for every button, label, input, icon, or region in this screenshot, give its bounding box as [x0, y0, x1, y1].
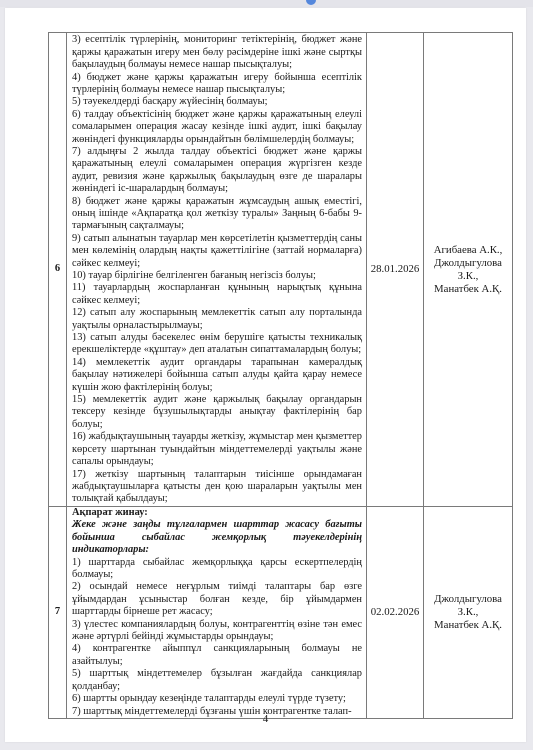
viewer-indicator-icon [306, 0, 316, 5]
row-number: 6 [49, 33, 67, 507]
list-item: 4) контрагентке айыппұл санкцияларының б… [72, 643, 362, 668]
row-description: 3) есептілік түрлерінің, мониторинг теті… [67, 33, 367, 507]
row-date: 02.02.2026 [367, 507, 424, 719]
list-item: 11) тауарлардың жоспарланған құнының нар… [72, 282, 362, 307]
plan-table: 6 3) есептілік түрлерінің, мониторинг те… [48, 32, 513, 719]
responsible-person: Манатбек А.Қ. [424, 283, 512, 296]
list-item: 12) сатып алу жоспарының мемлекеттік сат… [72, 307, 362, 332]
row-number: 7 [49, 507, 67, 719]
responsible-person: Манатбек А.Қ. [424, 619, 512, 632]
list-item: 17) жеткізу шартының талаптарын тиісінше… [72, 469, 362, 506]
list-item: 1) шарттарда сыбайлас жемқорлыққа қарсы … [72, 557, 362, 582]
section-subheading: Жеке және заңды тұлғалармен шарттар жаса… [72, 519, 362, 556]
list-item: 8) бюджет және қаржы қаражатын жұмсаудың… [72, 196, 362, 233]
row-responsible: Джолдыгулова З.К., Манатбек А.Қ. [424, 507, 513, 719]
row-responsible: Агибаева А.К., Джолдыгулова З.К., Манатб… [424, 33, 513, 507]
list-item: 7) алдыңғы 2 жылда талдау объектісі бюдж… [72, 146, 362, 196]
table-row: 7 Ақпарат жинау: Жеке және заңды тұлғала… [49, 507, 513, 719]
list-item: 15) мемлекеттік аудит және қаржылық бақы… [72, 394, 362, 431]
list-item: 9) сатып алынатын тауарлар мен көрсетіле… [72, 233, 362, 270]
section-heading: Ақпарат жинау: [72, 507, 362, 519]
viewer-top-bar [0, 0, 533, 7]
list-item: 5) тәуекелдерді басқару жүйесінің болмау… [72, 96, 362, 108]
list-item: 13) сатып алуды бәсекелес өнім берушіге … [72, 332, 362, 357]
list-item: 16) жабдықтаушының тауарды жеткізу, жұмы… [72, 431, 362, 468]
document-page: 6 3) есептілік түрлерінің, мониторинг те… [5, 8, 526, 742]
list-item: 10) тауар бірлігіне белгіленген бағаның … [72, 270, 362, 282]
responsible-person: Джолдыгулова З.К., [424, 257, 512, 283]
list-item: 5) шарттық міндеттемелер бұзылған жағдай… [72, 668, 362, 693]
list-item: 4) бюджет және қаржы қаражатын игеру бой… [72, 72, 362, 97]
row-date: 28.01.2026 [367, 33, 424, 507]
table-row: 6 3) есептілік түрлерінің, мониторинг те… [49, 33, 513, 507]
page-number: 4 [5, 713, 526, 725]
list-item: 14) мемлекеттік аудит органдары тарапына… [72, 357, 362, 394]
list-item: 3) есептілік түрлерінің, мониторинг теті… [72, 34, 362, 71]
row-description: Ақпарат жинау: Жеке және заңды тұлғаларм… [67, 507, 367, 719]
list-item: 6) шартты орындау кезеңінде талаптарды е… [72, 693, 362, 705]
list-item: 2) осындай немесе неғұрлым тиімді талапт… [72, 581, 362, 618]
responsible-person: Джолдыгулова З.К., [424, 593, 512, 619]
list-item: 3) үлестес компаниялардың болуы, контраг… [72, 619, 362, 644]
list-item: 6) талдау объектісінің бюджет және қаржы… [72, 109, 362, 146]
responsible-person: Агибаева А.К., [424, 244, 512, 257]
